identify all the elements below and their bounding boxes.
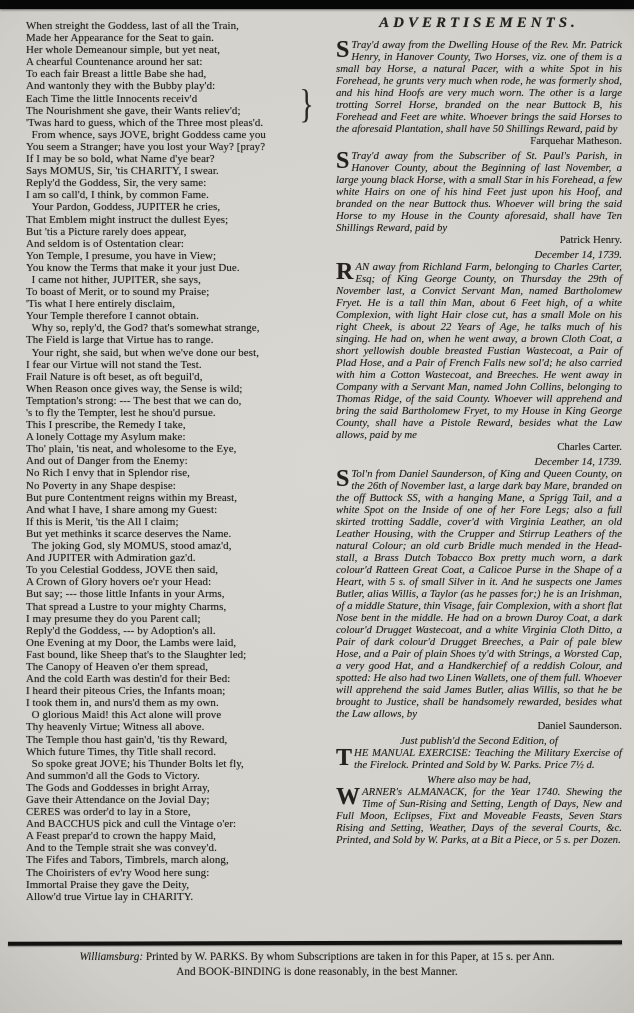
advert-date: December 14, 1739. (336, 456, 622, 468)
advertisements-column: ADVERTISEMENTS. STray'd away from the Dw… (336, 15, 622, 849)
advert-strayed-black-horse: STray'd away from the Subscriber of St. … (336, 150, 622, 246)
advert-body: WARNER's ALMANACK, for the Year 1740. Sh… (336, 786, 622, 846)
advert-body: STray'd away from the Dwelling House of … (336, 39, 622, 135)
drop-cap: S (336, 468, 351, 490)
advert-body: THE MANUAL EXERCISE: Teaching the Milita… (336, 747, 622, 771)
advert-stolen-mare: December 14, 1739. STol'n from Daniel Sa… (336, 456, 622, 732)
advert-intro: Where also may be had, (336, 774, 622, 786)
advert-signature: Farquehar Matheson. (336, 135, 622, 147)
advert-body: STol'n from Daniel Saunderson, of King a… (336, 468, 622, 720)
drop-cap: S (336, 150, 351, 172)
drop-cap: S (336, 39, 351, 61)
scan-edge-bar (0, 0, 634, 9)
advert-text: Tray'd away from the Subscriber of St. P… (336, 150, 622, 234)
printer-imprint: Williamsburg: Printed by W. PARKS. By wh… (0, 950, 634, 980)
poem-text: When streight the Goddess, last of all t… (26, 20, 332, 903)
imprint-place: Williamsburg: (79, 951, 143, 963)
drop-cap: R (336, 261, 355, 283)
poem-brace-glyph: } (299, 84, 313, 124)
advert-signature: Patrick Henry. (336, 234, 622, 246)
advert-body: STray'd away from the Subscriber of St. … (336, 150, 622, 234)
poem-column: When streight the Goddess, last of all t… (26, 20, 332, 903)
footer-rule (8, 940, 622, 946)
advert-runaway-servant: December 14, 1739. RAN away from Richlan… (336, 249, 622, 453)
advert-warners-almanack: Where also may be had, WARNER's ALMANACK… (336, 774, 622, 846)
advert-strayed-horses: STray'd away from the Dwelling House of … (336, 39, 622, 147)
drop-cap: T (336, 747, 354, 769)
imprint-line-1: Williamsburg: Printed by W. PARKS. By wh… (0, 950, 634, 965)
newspaper-page: When streight the Goddess, last of all t… (0, 0, 634, 1013)
advertisements-heading: ADVERTISEMENTS. (336, 15, 622, 32)
advert-text: HE MANUAL EXERCISE: Teaching the Militar… (354, 747, 622, 771)
advert-text: AN away from Richland Farm, belonging to… (336, 261, 622, 441)
advert-date: December 14, 1739. (336, 249, 622, 261)
advert-intro: Just publish'd the Second Edition, of (336, 735, 622, 747)
advert-manual-exercise: Just publish'd the Second Edition, of TH… (336, 735, 622, 771)
imprint-text: Printed by W. PARKS. By whom Subscriptio… (146, 951, 555, 963)
imprint-line-2: And BOOK-BINDING is done reasonably, in … (0, 965, 634, 980)
advert-text: Tray'd away from the Dwelling House of t… (336, 39, 622, 135)
advert-signature: Charles Carter. (336, 441, 622, 453)
advert-text: Tol'n from Daniel Saunderson, of King an… (336, 468, 622, 720)
drop-cap: W (336, 786, 362, 808)
advert-signature: Daniel Saunderson. (336, 720, 622, 732)
advert-body: RAN away from Richland Farm, belonging t… (336, 261, 622, 441)
advert-text: ARNER's ALMANACK, for the Year 1740. She… (336, 786, 622, 846)
